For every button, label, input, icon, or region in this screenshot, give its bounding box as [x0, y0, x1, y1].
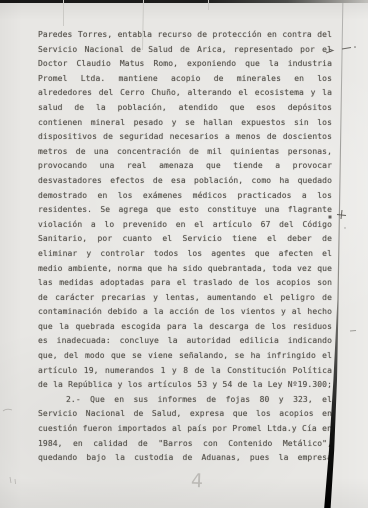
document-line: Servicio Nacional de Salud de Arica, rep… [38, 43, 332, 58]
document-line: es inadecuada: concluye la autoridad edi… [38, 334, 332, 349]
document-line: medio ambiente, norma que ha sido quebra… [38, 262, 332, 277]
document-line: que, del modo que se viene señalando, se… [38, 349, 332, 364]
document-line: Sanitario, por cuanto el Servicio tiene … [38, 232, 332, 247]
document-line: Promel Ltda. mantiene acopio de minerale… [38, 72, 332, 87]
document-line: 1984, en calidad de "Barros con Contenid… [38, 437, 332, 452]
document-line: 2.- Que en sus informes de fojas 80 y 32… [38, 393, 332, 408]
document-line: residentes. Se agrega que esto constituy… [38, 203, 332, 218]
document-line: Servicio Nacional de Salud, expresa que … [38, 407, 332, 422]
document-line: contienen mineral pesado y se hallan exp… [38, 116, 332, 131]
pencil-mark-left [3, 409, 16, 484]
document-line: eliminar y controlar todos los agentes q… [38, 247, 332, 262]
document-line: violación a lo prevenido en el artículo … [38, 218, 332, 233]
scanned-page: Paredes Torres, entabla recurso de prote… [0, 0, 368, 508]
document-line: demostrado en los exámenes médicos pract… [38, 189, 332, 204]
document-line: alrededores del Cerro Chuño, alterando e… [38, 86, 332, 101]
document-line: artículo 19, numerandos 1 y 8 de la Cons… [38, 364, 332, 379]
document-line: que la quebrada escogida para la descarg… [38, 320, 332, 335]
document-line: de carácter precarias y lentas, aumentan… [38, 291, 332, 306]
document-line: las medidas adoptadas para el traslado d… [38, 276, 332, 291]
handwritten-page-mark: 4 [191, 470, 204, 492]
document-line: cuestión fueron importados al país por P… [38, 422, 332, 437]
document-line: metros de una concentración de mil quini… [38, 145, 332, 160]
document-line: provocando una real amenaza que tiende a… [38, 159, 332, 174]
document-line: dispositivos de seguridad necesarios a m… [38, 130, 332, 145]
document-line: salud de la población, atendido que esos… [38, 101, 332, 116]
pencil-mark-right-dashes [344, 227, 356, 331]
document-line: Doctor Claudio Matus Romo, exponiendo qu… [38, 57, 332, 72]
document-line: contaminación debido a la acción de los … [38, 305, 332, 320]
document-line: Paredes Torres, entabla recurso de prote… [38, 28, 332, 43]
document-line: desvastadores efectos de esa población, … [38, 174, 332, 189]
document-text: Paredes Torres, entabla recurso de prote… [38, 28, 332, 466]
scan-edge-top [0, 0, 368, 3]
document-line: quedando bajo la custodia de Aduanas, pu… [38, 451, 332, 466]
document-line: de la República y los artículos 53 y 54 … [38, 378, 332, 393]
